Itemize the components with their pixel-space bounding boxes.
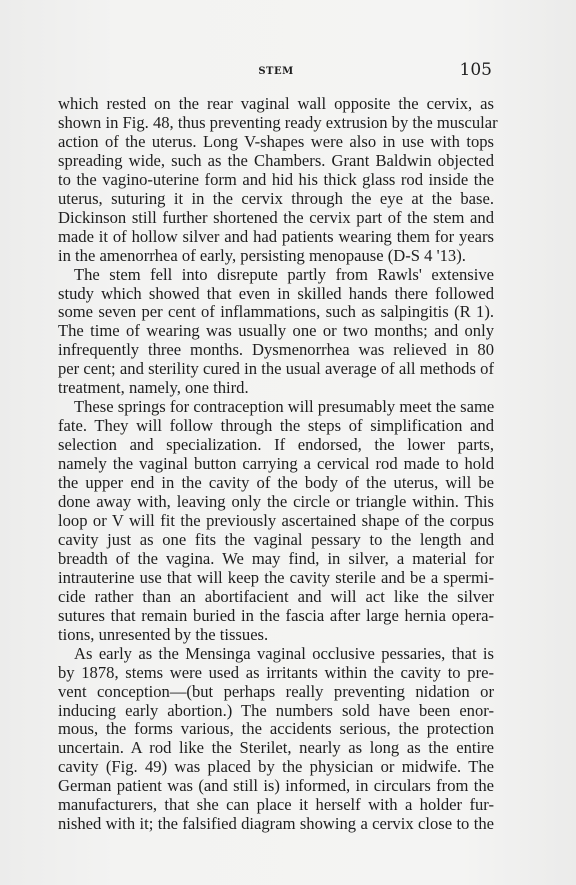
text-line: uterus, suturing it in the cervix throug… <box>58 190 494 209</box>
text-line: shown in Fig. 48, thus preventing ready … <box>58 114 494 133</box>
text-line: inducing early abortion.) The numbers so… <box>58 702 494 721</box>
running-head: STEM <box>60 66 492 77</box>
text-line: As early as the Mensinga vaginal occlusi… <box>58 645 494 664</box>
text-line: infrequently three months. Dysmenorrhea … <box>58 341 494 360</box>
text-line: which rested on the rear vaginal wall op… <box>58 95 494 114</box>
text-line: loop or V will fit the previously ascert… <box>58 512 494 531</box>
text-line: some seven per cent of inflammations, su… <box>58 303 494 322</box>
text-line: The time of wearing was usually one or t… <box>58 322 494 341</box>
text-line: German patient was (and still is) inform… <box>58 777 494 796</box>
text-line: selection and specialization. If endorse… <box>58 436 494 455</box>
text-line: manufacturers, that she can place it her… <box>58 796 494 815</box>
text-line: The stem fell into disrepute partly from… <box>58 266 494 285</box>
text-line: in the amenorrhea of early, persisting m… <box>58 247 494 266</box>
text-line: breadth of the vagina. We may find, in s… <box>58 550 494 569</box>
text-line: spreading wide, such as the Chambers. Gr… <box>58 152 494 171</box>
text-line: made it of hollow silver and had patient… <box>58 228 494 247</box>
text-line: study which showed that even in skilled … <box>58 285 494 304</box>
text-line: treatment, namely, one third. <box>58 379 494 398</box>
text-line: cide rather than an abortifacient and wi… <box>58 588 494 607</box>
text-line: action of the uterus. Long V-shapes were… <box>58 133 494 152</box>
text-line: per cent; and sterility cured in the usu… <box>58 360 494 379</box>
page-number: 105 <box>460 60 492 80</box>
book-page: STEM 105 which rested on the rear vagina… <box>0 0 576 885</box>
text-line: done away with, leaving only the circle … <box>58 493 494 512</box>
text-line: cavity just as one fits the vaginal pess… <box>58 531 494 550</box>
text-line: fate. They will follow through the steps… <box>58 417 494 436</box>
text-line: Dickinson still further shortened the ce… <box>58 209 494 228</box>
text-line: nished with it; the falsified diagram sh… <box>58 815 494 834</box>
text-line: the upper end in the cavity of the body … <box>58 474 494 493</box>
text-line: by 1878, stems were used as irritants wi… <box>58 664 494 683</box>
body-text: which rested on the rear vaginal wall op… <box>58 95 494 834</box>
text-line: tions, unresented by the tissues. <box>58 626 494 645</box>
text-line: intrauterine use that will keep the cavi… <box>58 569 494 588</box>
text-line: cavity (Fig. 49) was placed by the physi… <box>58 758 494 777</box>
text-line: namely the vaginal button carrying a cer… <box>58 455 494 474</box>
text-line: mous, the forms various, the accidents s… <box>58 720 494 739</box>
page-header: STEM 105 <box>60 60 492 84</box>
text-line: to the vagino-uterine form and hid his t… <box>58 171 494 190</box>
text-line: vent conception—(but perhaps really prev… <box>58 683 494 702</box>
text-line: uncertain. A rod like the Sterilet, near… <box>58 739 494 758</box>
text-line: sutures that remain buried in the fascia… <box>58 607 494 626</box>
text-line: These springs for contraception will pre… <box>58 398 494 417</box>
